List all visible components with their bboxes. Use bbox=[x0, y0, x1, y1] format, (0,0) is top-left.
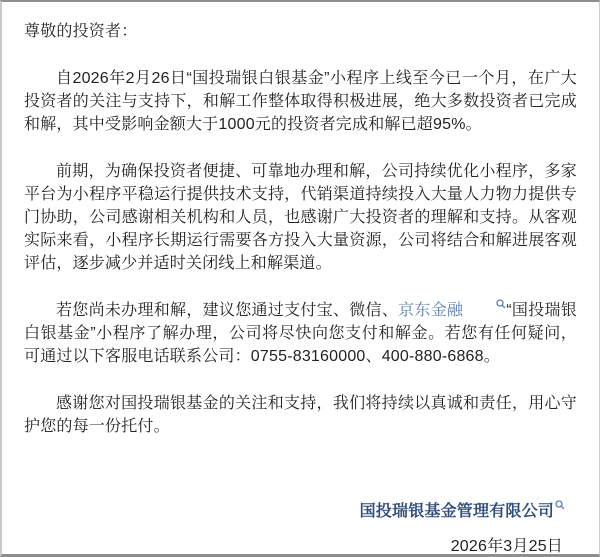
paragraph-2: 前期，为确保投资者便捷、可靠地办理和解，公司持续优化小程序，多家平台为小程序平稳… bbox=[24, 160, 577, 275]
paragraph-4: 感谢您对国投瑞银基金的关注和支持，我们将持续以真诚和责任，用心守护您的每一份托付… bbox=[24, 392, 577, 438]
search-superscript-icon bbox=[555, 500, 565, 510]
paragraph-1: 自2026年2月26日“国投瑞银白银基金”小程序上线至今已一个月，在广大投资者的… bbox=[24, 67, 577, 136]
paragraph-3-text-before: 若您尚未办理和解，建议您通过支付宝、微信、 bbox=[56, 302, 398, 319]
keyword-link-jd-finance[interactable]: 京东金融 bbox=[398, 302, 506, 319]
keyword-link-label: 京东金融 bbox=[398, 302, 463, 319]
signature-company-name: 国投瑞银基金管理有限公司 bbox=[360, 503, 554, 520]
signature-company-link[interactable]: 国投瑞银基金管理有限公司 bbox=[360, 503, 565, 520]
letter-body: 尊敬的投资者： 自2026年2月26日“国投瑞银白银基金”小程序上线至今已一个月… bbox=[24, 20, 577, 557]
search-superscript-icon bbox=[464, 299, 506, 309]
investor-notice-letter: 尊敬的投资者： 自2026年2月26日“国投瑞银白银基金”小程序上线至今已一个月… bbox=[0, 0, 600, 557]
paragraph-3: 若您尚未办理和解，建议您通过支付宝、微信、京东金融“国投瑞银白银基金”小程序了解… bbox=[24, 299, 577, 368]
signature-block: 国投瑞银基金管理有限公司 bbox=[24, 500, 577, 523]
letter-greeting: 尊敬的投资者： bbox=[24, 20, 577, 43]
letter-date: 2026年3月25日 bbox=[24, 535, 577, 557]
